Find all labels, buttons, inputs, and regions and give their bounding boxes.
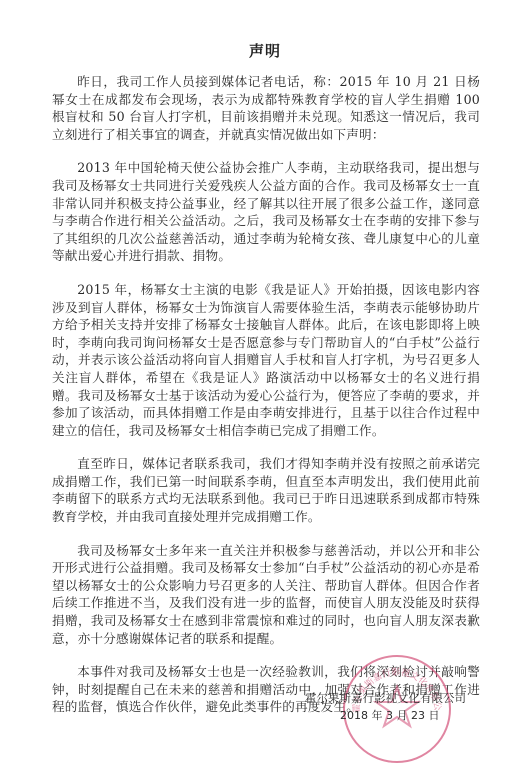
statement-page: 声明 昨日，我司工作人员接到媒体记者电话，称：2015 年 10 月 21 日杨…: [0, 0, 530, 782]
document-title: 声明: [0, 40, 530, 61]
paragraph-intro: 昨日，我司工作人员接到媒体记者电话，称：2015 年 10 月 21 日杨幂女士…: [52, 73, 480, 143]
signature-block: 霍尔果斯嘉行影视文化有限公司 2018 年 3 月 23 日: [305, 690, 485, 724]
paragraph-apology: 我司及杨幂女士多年来一直关注并积极参与慈善活动，并以公开和非公开形式进行公益捐赠…: [52, 542, 480, 648]
signature-company: 霍尔果斯嘉行影视文化有限公司: [305, 690, 485, 707]
paragraph-2013: 2013 年中国轮椅天使公益协会推广人李萌，主动联络我司，提出想与我司及杨幂女士…: [52, 159, 480, 265]
paragraph-discovery: 直至昨日，媒体记者联系我司，我们才得知李萌并没有按照之前承诺完成捐赠工作，我们已…: [52, 455, 480, 525]
signature-date: 2018 年 3 月 23 日: [305, 707, 485, 724]
paragraph-2015: 2015 年，杨幂女士主演的电影《我是证人》开始拍摄，因该电影内容涉及到盲人群体…: [52, 281, 480, 439]
document-body: 昨日，我司工作人员接到媒体记者电话，称：2015 年 10 月 21 日杨幂女士…: [52, 73, 480, 732]
